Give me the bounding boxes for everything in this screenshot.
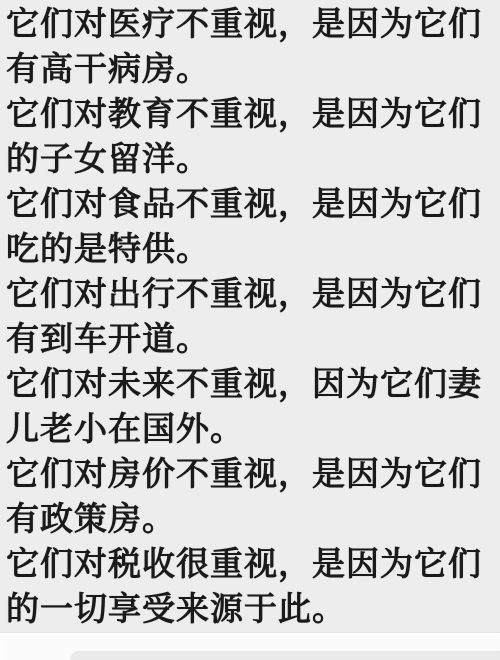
text-line: 它们对医疗不重视，是因为它们 (6, 1, 500, 46)
bottom-white-strip (0, 632, 500, 660)
text-line: 有高干病房。 (6, 46, 500, 91)
text-line: 儿老小在国外。 (6, 406, 500, 451)
text-line: 它们对税收很重视，是因为它们 (6, 541, 500, 586)
text-line: 它们对未来不重视，因为它们妻 (6, 361, 500, 406)
text-line: 它们对出行不重视，是因为它们 (6, 271, 500, 316)
text-screenshot-page: 它们对医疗不重视，是因为它们 有高干病房。 它们对教育不重视，是因为它们 的子女… (0, 0, 500, 660)
text-line: 它们对教育不重视，是因为它们 (6, 91, 500, 136)
text-line: 有政策房。 (6, 496, 500, 541)
text-line: 有到车开道。 (6, 316, 500, 361)
text-line: 的一切享受来源于此。 (6, 586, 500, 631)
text-block: 它们对医疗不重视，是因为它们 有高干病房。 它们对教育不重视，是因为它们 的子女… (0, 0, 500, 631)
text-line: 它们对食品不重视，是因为它们 (6, 181, 500, 226)
text-line: 它们对房价不重视，是因为它们 (6, 451, 500, 496)
bottom-card-top-edge (70, 651, 500, 660)
text-line: 的子女留洋。 (6, 136, 500, 181)
text-line: 吃的是特供。 (6, 226, 500, 271)
